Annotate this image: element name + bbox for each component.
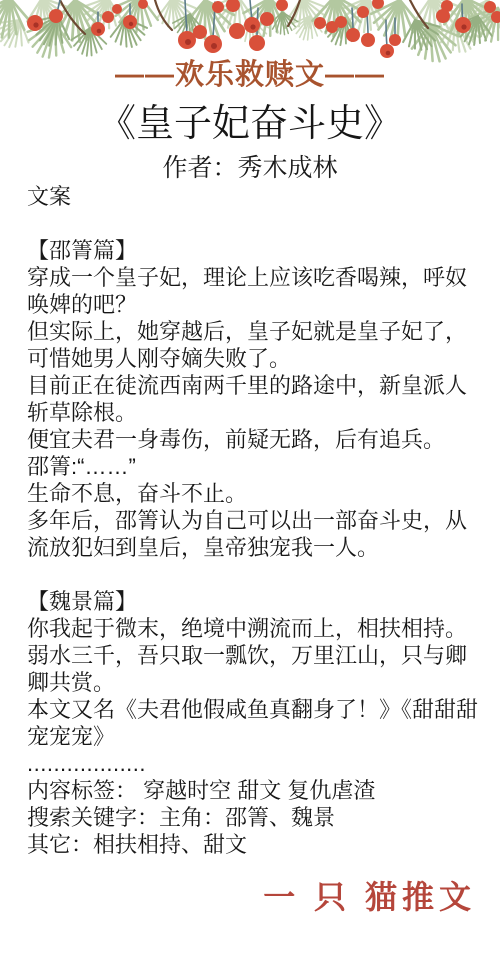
synopsis-paragraph: 穿成一个皇子妃，理论上应该吃香喝辣，呼奴唤婢的吧？ — [27, 264, 478, 318]
watermark-signature: 一 只 猫推文 — [263, 872, 476, 918]
synopsis-paragraph: 便宜夫君一身毒伤，前疑无路，后有追兵。 — [27, 426, 478, 453]
synopsis-paragraph: 邵箐:“……” — [27, 453, 478, 480]
section-shao-qing: 【邵箐篇】 穿成一个皇子妃，理论上应该吃香喝辣，呼奴唤婢的吧？ 但实际上，她穿越… — [27, 237, 478, 561]
dotted-divider: .................. — [27, 750, 478, 777]
section-heading: 【邵箐篇】 — [27, 237, 478, 264]
section-wei-jing: 【魏景篇】 你我起于微末，绝境中溯流而上，相扶相持。 弱水三千，吾只取一瓢饮，万… — [27, 588, 478, 750]
synopsis-paragraph: 但实际上，她穿越后，皇子妃就是皇子妃了，可惜她男人刚夺嫡失败了。 — [27, 318, 478, 372]
synopsis-body: 文案 【邵箐篇】 穿成一个皇子妃，理论上应该吃香喝辣，呼奴唤婢的吧？ 但实际上，… — [0, 183, 500, 858]
recommendation-card: ——欢乐救赎文—— 《皇子妃奋斗史》 作者：秀木成林 文案 【邵箐篇】 穿成一个… — [0, 0, 500, 858]
search-keywords-line: 搜索关键字：主角：邵箐、魏景 — [27, 804, 478, 831]
synopsis-paragraph: 你我起于微末，绝境中溯流而上，相扶相持。 — [27, 615, 478, 642]
section-heading: 【魏景篇】 — [27, 588, 478, 615]
synopsis-paragraph: 目前正在徒流西南两千里的路途中，新皇派人斩草除根。 — [27, 372, 478, 426]
synopsis-paragraph: 本文又名《夫君他假咸鱼真翻身了！》《甜甜甜宠宠宠》 — [27, 696, 478, 750]
book-title: 《皇子妃奋斗史》 — [0, 101, 500, 147]
synopsis-paragraph: 多年后，邵箐认为自己可以出一部奋斗史，从流放犯妇到皇后，皇帝独宠我一人。 — [27, 507, 478, 561]
author-line: 作者：秀木成林 — [0, 153, 500, 183]
collection-tagline: ——欢乐救赎文—— — [0, 57, 500, 93]
other-tags-line: 其它：相扶相持、甜文 — [27, 831, 478, 858]
synopsis-paragraph: 生命不息，奋斗不止。 — [27, 480, 478, 507]
content-tags-line: 内容标签： 穿越时空 甜文 复仇虐渣 — [27, 777, 478, 804]
synopsis-label: 文案 — [27, 183, 478, 210]
synopsis-paragraph: 弱水三千，吾只取一瓢饮，万里江山，只与卿卿共赏。 — [27, 642, 478, 696]
